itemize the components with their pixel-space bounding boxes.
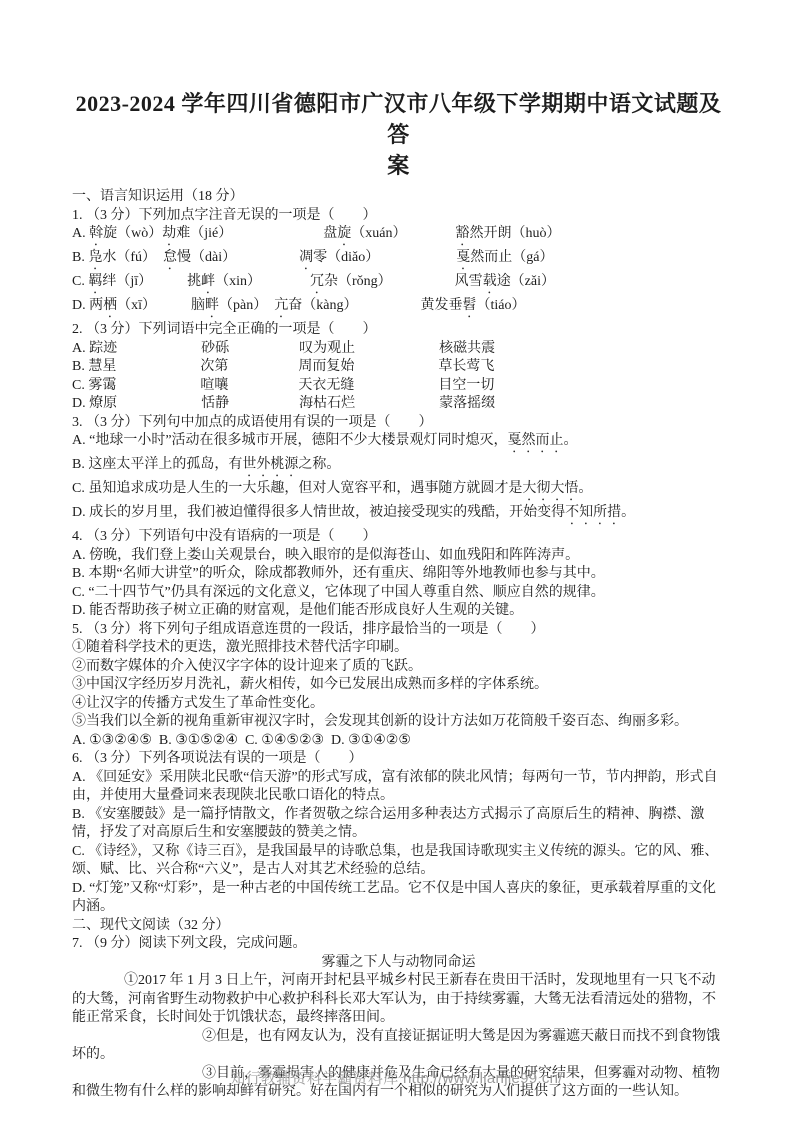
option: ①随着科学技术的更迭，激光照排技术替代活字印刷。	[72, 639, 725, 658]
section-heading: 一、语言知识运用（18 分）	[72, 188, 725, 207]
document-body-container: 2023-2024 学年四川省德阳市广汉市八年级下学期期中语文试题及答案 一、语…	[72, 88, 725, 1102]
emphasized-text: 凋	[299, 250, 313, 265]
question-stem: 5. （3 分）将下列句子组成语意连贯的一段话，排序最恰当的一项是（ ）	[72, 621, 725, 640]
question-stem: 7. （9 分）阅读下列文段，完成问题。	[72, 935, 725, 954]
option: D. 两栖（xī） 脑畔（pàn） 亢奋（kàng） 黄发垂髫（tiáo）	[72, 297, 725, 321]
option: D. 能否帮助孩子树立正确的财富观，是他们能否形成良好人生观的关键。	[72, 602, 725, 621]
option: D. 燎原 恬静 海枯石烂 蒙落摇缀	[72, 395, 725, 414]
footer-watermark-text: 知行教辅资料学霸资料库 http://www.lianjie99.cn/	[230, 1070, 563, 1087]
emphasized-text: 戛	[456, 250, 470, 265]
option: C. 《诗经》，又称《诗三百》，是我国最早的诗歌总集，也是我国诗歌现实主义传统的…	[72, 843, 725, 880]
passage-title: 雾霾之下人与动物同命运	[72, 954, 725, 973]
emphasized-text: 戛然而止	[508, 433, 564, 448]
emphasized-text: 劫	[162, 226, 176, 241]
question-stem: 4. （3 分）下列语句中没有语病的一项是（ ）	[72, 528, 725, 547]
section-heading: 二、现代文阅读（32 分）	[72, 917, 725, 936]
question-stem: 1. （3 分）下列加点字注音无误的一项是（ ）	[72, 207, 725, 226]
emphasized-text: 凫	[88, 250, 102, 265]
emphasized-text: 载	[483, 274, 497, 289]
emphasized-text: 亢	[274, 298, 288, 313]
emphasized-text: 冗	[310, 274, 324, 289]
page-title-line2: 案	[387, 153, 410, 178]
page-title: 2023-2024 学年四川省德阳市广汉市八年级下学期期中语文试题及答案	[72, 88, 725, 181]
option: D. 成长的岁月里，我们被迫懂得很多人情世故，被迫接受现实的残酷，开始变得不知所…	[72, 504, 725, 528]
option: A. “地球一小时”活动在很多城市开展，德阳不少大楼景观灯同时熄灭，戛然而止。	[72, 432, 725, 456]
option: ④让汉字的传播方式发生了革命性变化。	[72, 695, 725, 714]
option: B. 这座太平洋上的孤岛，有世外桃源之称。	[72, 456, 725, 480]
option: C. 雾霭 喧嚷 天衣无缝 目空一切	[72, 377, 725, 396]
option: B. 《安塞腰鼓》是一篇抒情散文，作者贺敬之综合运用多种表达方式揭示了高原后生的…	[72, 806, 725, 843]
option: B. 慧星 次第 周而复始 草长莺飞	[72, 358, 725, 377]
option: A. 傍晚，我们登上娄山关观景台，映入眼帘的是似海苍山、如血残阳和阵阵涛声。	[72, 547, 725, 566]
option: B. 本期“名师大讲堂”的听众，除成都教师外，还有重庆、绵阳等外地教师也参与其中…	[72, 565, 725, 584]
document-body: 一、语言知识运用（18 分）1. （3 分）下列加点字注音无误的一项是（ ）A.…	[72, 188, 725, 1102]
emphasized-text: 斡	[89, 226, 103, 241]
emphasized-text: 栖	[103, 298, 117, 313]
option: A. 斡旋（wò）劫难（jié） 盘旋（xuán） 豁然开朗（huò）	[72, 225, 725, 249]
passage-paragraph: ②但是，也有网友认为，没有直接证据证明大鸶是因为雾霾遮天蔽日而找不到食物饿坏的。	[72, 1028, 725, 1065]
emphasized-text: 衅	[201, 274, 215, 289]
emphasized-text: 世外桃源	[242, 457, 298, 472]
emphasized-text: 豁	[455, 226, 469, 241]
footer-watermark: 知行教辅资料学霸资料库 http://www.lianjie99.cn/	[0, 1067, 793, 1088]
option: C. “二十四节气”仍具有深远的文化意义，它体现了中国人尊重自然、顺应自然的规律…	[72, 584, 725, 603]
question-stem: 2. （3 分）下列词语中完全正确的一项是（ ）	[72, 321, 725, 340]
option: C. 虽知追求成功是人生的一大乐趣，但对人宽容平和，遇事随方就圆才是大彻大悟。	[72, 480, 725, 504]
emphasized-text: 怠	[163, 250, 177, 265]
option: ②而数字媒体的介入使汉字字体的设计迎来了质的飞跃。	[72, 658, 725, 677]
emphasized-text: 旋	[337, 226, 351, 241]
option: D. “灯笼”又称“灯彩”，是一种古老的中国传统工艺品。它不仅是中国人喜庆的象征…	[72, 880, 725, 917]
option: A. ①③②④⑤ B. ③①⑤②④ C. ①④⑤②③ D. ③①④②⑤	[72, 732, 725, 751]
emphasized-text: 畔	[205, 298, 219, 313]
page-title-line1: 2023-2024 学年四川省德阳市广汉市八年级下学期期中语文试题及答	[76, 91, 722, 147]
option: ③中国汉字经历岁月洗礼，薪火相传，如今已发展出成熟而多样的字体系统。	[72, 676, 725, 695]
emphasized-text: 羁	[88, 274, 102, 289]
option: ⑤当我们以全新的视角重新审视汉字时，会发现其创新的设计方法如万花筒般千姿百态、绚…	[72, 713, 725, 732]
option: B. 凫水（fú） 怠慢（dài） 凋零（diǎo） 戛然而止（gá）	[72, 249, 725, 273]
emphasized-text: 髫	[462, 298, 476, 313]
emphasized-text: 不知所措	[565, 505, 621, 520]
option: A. 踪迹 砂砾 叹为观止 核磁共震	[72, 340, 725, 359]
option: C. 羁绊（jī） 挑衅（xin） 冗杂（rǒng） 风雪载途（zǎi）	[72, 273, 725, 297]
option: A. 《回延安》采用陕北民歌“信天游”的形式写成，富有浓郁的陕北风情；每两句一节…	[72, 769, 725, 806]
question-stem: 6. （3 分）下列各项说法有误的一项是（ ）	[72, 750, 725, 769]
question-stem: 3. （3 分）下列句中加点的成语使用有误的一项是（ ）	[72, 414, 725, 433]
passage-paragraph: ①2017 年 1 月 3 日上午，河南开封杞县平城乡村民王新春在贵田干活时，发…	[72, 972, 725, 1028]
emphasized-text: 大彻大悟	[522, 481, 578, 496]
exam-document-page: 2023-2024 学年四川省德阳市广汉市八年级下学期期中语文试题及答案 一、语…	[0, 0, 793, 1122]
